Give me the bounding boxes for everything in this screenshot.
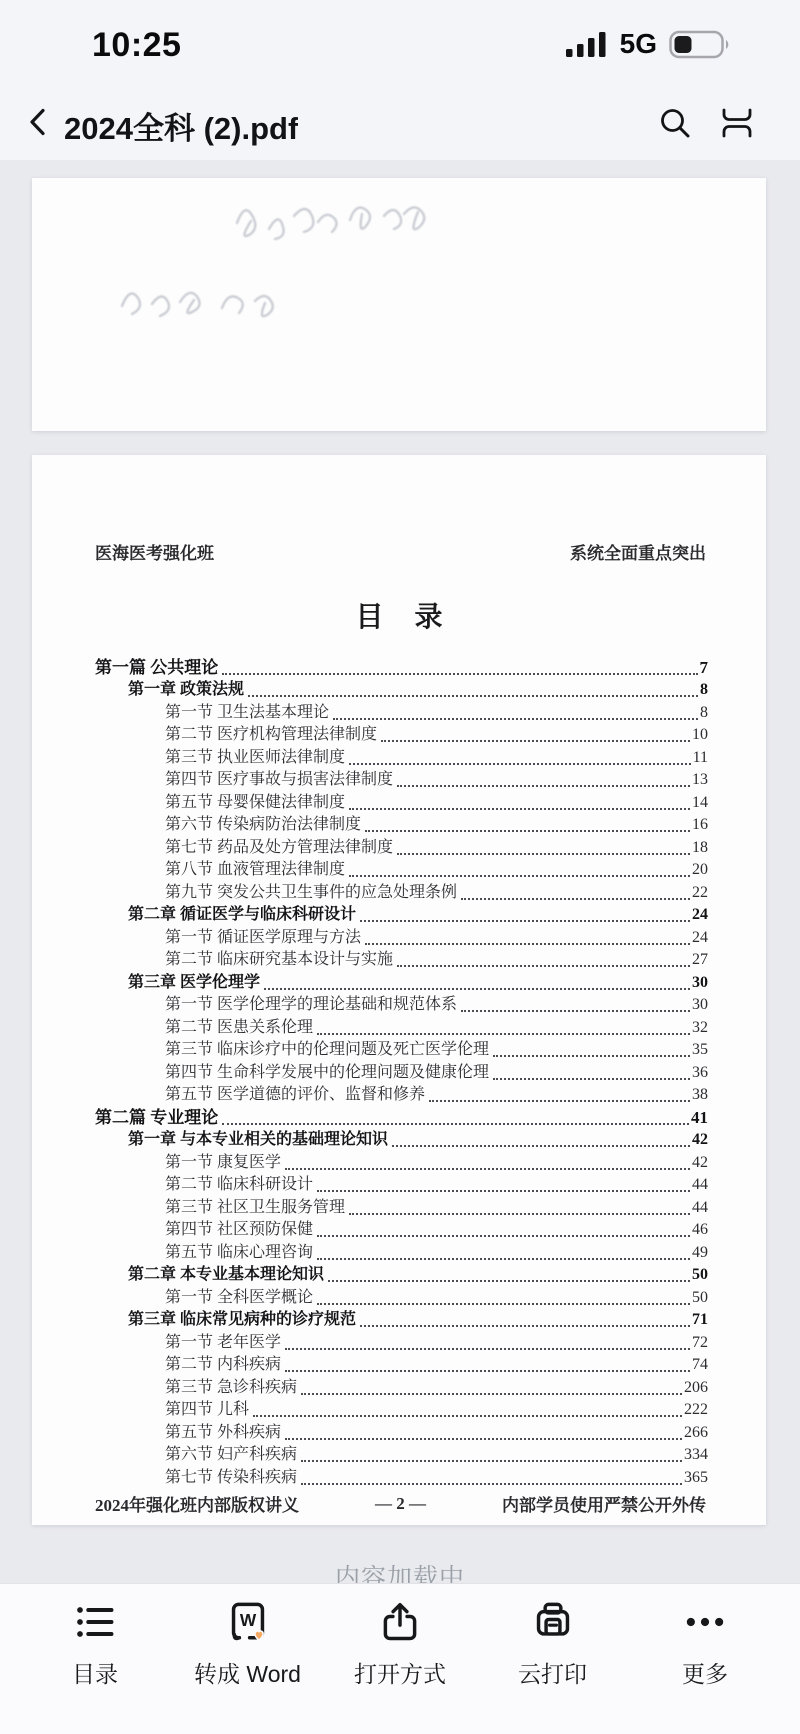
toc-entry-page-number: 222 xyxy=(684,1400,708,1420)
toc-leader-dots xyxy=(222,1123,689,1125)
toc-leader-dots xyxy=(365,943,690,945)
toc-leader-dots xyxy=(285,1370,690,1372)
toolbar-label: 转成 Word xyxy=(194,1656,301,1689)
toc-entry-page-number: 38 xyxy=(692,1085,708,1105)
toc-row: 第六节 妇产科疾病334 xyxy=(95,1443,708,1466)
toc-entry-title: 第二节 内科疾病 xyxy=(165,1355,281,1375)
status-time: 10:25 xyxy=(92,26,181,65)
toc-entry-title: 第一章 与本专业相关的基础理论知识 xyxy=(128,1130,388,1150)
more-button[interactable]: 更多 xyxy=(640,1584,770,1734)
convert-to-word-button[interactable]: W 转成 Word xyxy=(183,1584,313,1734)
toc-entry-page-number: 206 xyxy=(684,1378,708,1398)
toc-entry-title: 第一节 医学伦理学的理论基础和规范体系 xyxy=(165,995,457,1015)
toc-entry-page-number: 13 xyxy=(692,770,708,790)
toc-leader-dots xyxy=(397,785,690,787)
toc-entry-title: 第三节 执业医师法律制度 xyxy=(165,748,345,768)
floating-window-icon xyxy=(718,105,756,141)
toc-row: 第二节 临床科研设计44 xyxy=(95,1173,708,1196)
toc-entry-page-number: 36 xyxy=(692,1063,708,1083)
toc-row: 第五节 外科疾病266 xyxy=(95,1420,708,1443)
bottom-toolbar: 目录 W 转成 Word 打开方式 xyxy=(0,1583,800,1734)
toc-leader-dots xyxy=(493,1078,690,1080)
toc-row: 第二节 临床研究基本设计与实施27 xyxy=(95,948,708,971)
toc-entry-page-number: 44 xyxy=(692,1198,708,1218)
toc-entry-title: 第三节 临床诊疗中的伦理问题及死亡医学伦理 xyxy=(165,1040,489,1060)
toc-entry-page-number: 365 xyxy=(684,1468,708,1488)
toc-leader-dots xyxy=(317,1033,690,1035)
toc-row: 第一章 政策法规8 xyxy=(95,678,708,701)
cloud-print-button[interactable]: 云打印 xyxy=(488,1584,618,1734)
toc-leader-dots xyxy=(253,1415,682,1417)
toc-entry-title: 第二节 临床研究基本设计与实施 xyxy=(165,950,393,970)
pdf-page-1 xyxy=(32,178,766,431)
toc-entry-title: 第二节 医疗机构管理法律制度 xyxy=(165,725,377,745)
toc-row: 第一节 康复医学42 xyxy=(95,1150,708,1173)
toc-leader-dots xyxy=(429,1100,690,1102)
toc-row: 第三节 临床诊疗中的伦理问题及死亡医学伦理35 xyxy=(95,1038,708,1061)
page-number: — 2 — xyxy=(299,1494,502,1514)
battery-icon xyxy=(669,29,733,59)
toc-leader-dots xyxy=(392,1145,690,1147)
toc-leader-dots xyxy=(333,718,698,720)
toc-entry-title: 第一节 老年医学 xyxy=(165,1333,281,1353)
toc-row: 第七节 药品及处方管理法律制度18 xyxy=(95,835,708,858)
toc-entry-page-number: 46 xyxy=(692,1220,708,1240)
toc-row: 第一节 医学伦理学的理论基础和规范体系30 xyxy=(95,993,708,1016)
back-button[interactable] xyxy=(24,107,54,137)
toc-row: 第一章 与本专业相关的基础理论知识42 xyxy=(95,1128,708,1151)
toc-entry-page-number: 74 xyxy=(692,1355,708,1375)
toc-row: 第四节 医疗事故与损害法律制度13 xyxy=(95,768,708,791)
toc-entry-title: 第一节 循证医学原理与方法 xyxy=(165,928,361,948)
toc-entry-page-number: 49 xyxy=(692,1243,708,1263)
toc-entry-page-number: 14 xyxy=(692,793,708,813)
status-bar: 10:25 5G xyxy=(0,0,800,85)
toc-leader-dots xyxy=(461,1010,690,1012)
toc-entry-title: 第四节 生命科学发展中的伦理问题及健康伦理 xyxy=(165,1063,489,1083)
toc-entry-page-number: 334 xyxy=(684,1445,708,1465)
toc-entry-page-number: 20 xyxy=(692,860,708,880)
toc-entry-page-number: 10 xyxy=(692,725,708,745)
toc-leader-dots xyxy=(285,1438,682,1440)
toc-row: 第二章 循证医学与临床科研设计24 xyxy=(95,903,708,926)
toc-entry-page-number: 8 xyxy=(700,703,708,723)
toc-row: 第二节 医疗机构管理法律制度10 xyxy=(95,723,708,746)
toc-entry-page-number: 22 xyxy=(692,883,708,903)
network-type-label: 5G xyxy=(620,28,657,60)
toc-entry-title: 第七节 传染科疾病 xyxy=(165,1468,297,1488)
toc-entry-title: 第六节 传染病防治法律制度 xyxy=(165,815,361,835)
toolbar-label: 更多 xyxy=(682,1656,728,1689)
toc-leader-dots xyxy=(397,965,690,967)
toc-leader-dots xyxy=(493,1055,690,1057)
toc-entry-title: 第一章 政策法规 xyxy=(128,680,244,700)
toc-entry-page-number: 32 xyxy=(692,1018,708,1038)
toc-entry-page-number: 11 xyxy=(693,748,708,768)
toc-row: 第四节 社区预防保健46 xyxy=(95,1218,708,1241)
toc-entry-title: 第七节 药品及处方管理法律制度 xyxy=(165,838,393,858)
toc-entry-title: 第一篇 公共理论 xyxy=(95,658,218,678)
toc-row: 第四节 生命科学发展中的伦理问题及健康伦理36 xyxy=(95,1060,708,1083)
toc-entry-title: 第九节 突发公共卫生事件的应急处理条例 xyxy=(165,883,457,903)
toc-row: 第一节 循证医学原理与方法24 xyxy=(95,925,708,948)
cloud-print-icon xyxy=(529,1598,577,1646)
toc-entry-page-number: 41 xyxy=(691,1108,708,1128)
nav-bar: 2024全科 (2).pdf xyxy=(0,85,800,160)
toc-row: 第三章 临床常见病种的诊疗规范71 xyxy=(95,1308,708,1331)
toc-leader-dots xyxy=(349,875,690,877)
toolbar-label: 云打印 xyxy=(518,1656,587,1689)
toc-entry-page-number: 42 xyxy=(692,1153,708,1173)
toc-row: 第五节 临床心理咨询49 xyxy=(95,1240,708,1263)
toc-list-icon xyxy=(71,1598,119,1646)
toc-leader-dots xyxy=(381,740,690,742)
toc-row: 第二篇 专业理论41 xyxy=(95,1105,708,1128)
toc-leader-dots xyxy=(301,1460,682,1462)
toc-leader-dots xyxy=(248,695,698,697)
toc-entry-title: 第五节 外科疾病 xyxy=(165,1423,281,1443)
toc-entry-title: 第二章 循证医学与临床科研设计 xyxy=(128,905,356,925)
toc-entry-title: 第一节 全科医学概论 xyxy=(165,1288,313,1308)
search-button[interactable] xyxy=(656,105,694,141)
toc-list: 第一篇 公共理论7第一章 政策法规8第一节 卫生法基本理论8第二节 医疗机构管理… xyxy=(95,655,708,1488)
toc-row: 第一节 卫生法基本理论8 xyxy=(95,700,708,723)
page-header-left: 医海医考强化班 xyxy=(95,539,214,564)
toolbar-label: 目录 xyxy=(72,1656,118,1689)
toc-leader-dots xyxy=(317,1303,690,1305)
toc-row: 第五节 医学道德的评价、监督和修养38 xyxy=(95,1083,708,1106)
toc-entry-title: 第四节 社区预防保健 xyxy=(165,1220,313,1240)
toc-leader-dots xyxy=(301,1393,682,1395)
toc-entry-page-number: 18 xyxy=(692,838,708,858)
handwriting-scribbles xyxy=(32,178,766,431)
toc-entry-title: 第三节 急诊科疾病 xyxy=(165,1378,297,1398)
toc-button[interactable]: 目录 xyxy=(30,1584,160,1734)
toc-entry-page-number: 50 xyxy=(692,1288,708,1308)
toc-row: 第一节 老年医学72 xyxy=(95,1330,708,1353)
toc-entry-title: 第四节 儿科 xyxy=(165,1400,249,1420)
toc-leader-dots xyxy=(317,1235,690,1237)
toc-leader-dots xyxy=(222,673,697,675)
toc-row: 第五节 母婴保健法律制度14 xyxy=(95,790,708,813)
toc-row: 第四节 儿科222 xyxy=(95,1398,708,1421)
toc-entry-page-number: 44 xyxy=(692,1175,708,1195)
toc-entry-title: 第四节 医疗事故与损害法律制度 xyxy=(165,770,393,790)
toc-entry-page-number: 27 xyxy=(692,950,708,970)
toc-entry-title: 第一节 卫生法基本理论 xyxy=(165,703,329,723)
toc-leader-dots xyxy=(317,1190,690,1192)
toc-entry-title: 第一节 康复医学 xyxy=(165,1153,281,1173)
open-with-button[interactable]: 打开方式 xyxy=(335,1584,465,1734)
share-icon xyxy=(376,1598,424,1646)
toc-entry-page-number: 42 xyxy=(692,1130,708,1150)
page-footer-right: 内部学员使用严禁公开外传 xyxy=(502,1491,706,1516)
toolbar-label: 打开方式 xyxy=(354,1656,446,1689)
toc-row: 第七节 传染科疾病365 xyxy=(95,1465,708,1488)
toc-leader-dots xyxy=(365,830,690,832)
toc-leader-dots xyxy=(461,898,690,900)
toc-entry-page-number: 24 xyxy=(692,928,708,948)
toc-leader-dots xyxy=(360,920,690,922)
toc-entry-page-number: 8 xyxy=(700,680,708,700)
toc-leader-dots xyxy=(264,988,690,990)
toc-row: 第三节 急诊科疾病206 xyxy=(95,1375,708,1398)
toc-leader-dots xyxy=(349,808,690,810)
pdf-viewer-scroll-area[interactable]: 医海医考强化班 系统全面重点突出 目 录 第一篇 公共理论7第一章 政策法规8第… xyxy=(0,160,800,1583)
toc-row: 第九节 突发公共卫生事件的应急处理条例22 xyxy=(95,880,708,903)
toc-entry-title: 第三节 社区卫生服务管理 xyxy=(165,1198,345,1218)
toc-entry-title: 第五节 母婴保健法律制度 xyxy=(165,793,345,813)
toc-row: 第三节 社区卫生服务管理44 xyxy=(95,1195,708,1218)
toc-entry-title: 第六节 妇产科疾病 xyxy=(165,1445,297,1465)
toc-entry-page-number: 16 xyxy=(692,815,708,835)
toc-entry-title: 第五节 医学道德的评价、监督和修养 xyxy=(165,1085,425,1105)
word-convert-icon: W xyxy=(224,1598,272,1646)
toc-entry-page-number: 72 xyxy=(692,1333,708,1353)
toc-entry-page-number: 7 xyxy=(700,658,709,678)
toc-leader-dots xyxy=(301,1483,682,1485)
toc-entry-title: 第三章 医学伦理学 xyxy=(128,973,260,993)
toc-row: 第六节 传染病防治法律制度16 xyxy=(95,813,708,836)
toc-entry-page-number: 71 xyxy=(692,1310,708,1330)
toc-entry-title: 第五节 临床心理咨询 xyxy=(165,1243,313,1263)
toc-leader-dots xyxy=(349,763,691,765)
toc-row: 第二章 本专业基本理论知识50 xyxy=(95,1263,708,1286)
toc-entry-page-number: 35 xyxy=(692,1040,708,1060)
toc-row: 第三章 医学伦理学30 xyxy=(95,970,708,993)
toc-entry-page-number: 30 xyxy=(692,973,708,993)
search-icon xyxy=(657,105,693,141)
cellular-signal-icon xyxy=(566,29,608,59)
pdf-page-2: 医海医考强化班 系统全面重点突出 目 录 第一篇 公共理论7第一章 政策法规8第… xyxy=(32,455,766,1525)
toc-leader-dots xyxy=(285,1348,690,1350)
toc-entry-title: 第二节 临床科研设计 xyxy=(165,1175,313,1195)
toc-row: 第二节 内科疾病74 xyxy=(95,1353,708,1376)
toc-leader-dots xyxy=(317,1258,690,1260)
toc-row: 第一节 全科医学概论50 xyxy=(95,1285,708,1308)
toc-entry-title: 第八节 血液管理法律制度 xyxy=(165,860,345,880)
toc-row: 第三节 执业医师法律制度11 xyxy=(95,745,708,768)
toc-row: 第一篇 公共理论7 xyxy=(95,655,708,678)
toc-row: 第八节 血液管理法律制度20 xyxy=(95,858,708,881)
page-header-right: 系统全面重点突出 xyxy=(570,539,706,564)
toc-row: 第二节 医患关系伦理32 xyxy=(95,1015,708,1038)
toc-entry-page-number: 30 xyxy=(692,995,708,1015)
page-footer-left: 2024年强化班内部版权讲义 xyxy=(95,1491,299,1516)
toc-leader-dots xyxy=(397,853,690,855)
floating-window-button[interactable] xyxy=(718,105,756,141)
more-icon xyxy=(681,1598,729,1646)
toc-entry-title: 第二篇 专业理论 xyxy=(95,1108,218,1128)
toc-entry-page-number: 266 xyxy=(684,1423,708,1443)
toc-leader-dots xyxy=(349,1213,690,1215)
toc-entry-page-number: 50 xyxy=(692,1265,708,1285)
toc-leader-dots xyxy=(285,1168,690,1170)
toc-leader-dots xyxy=(360,1325,690,1327)
toc-entry-title: 第二节 医患关系伦理 xyxy=(165,1018,313,1038)
toc-leader-dots xyxy=(328,1280,690,1282)
toc-entry-title: 第二章 本专业基本理论知识 xyxy=(128,1265,324,1285)
toc-heading: 目 录 xyxy=(32,595,766,635)
svg-text:W: W xyxy=(239,1610,256,1630)
toc-entry-title: 第三章 临床常见病种的诊疗规范 xyxy=(128,1310,356,1330)
document-title: 2024全科 (2).pdf xyxy=(64,103,298,148)
toc-entry-page-number: 24 xyxy=(692,905,708,925)
